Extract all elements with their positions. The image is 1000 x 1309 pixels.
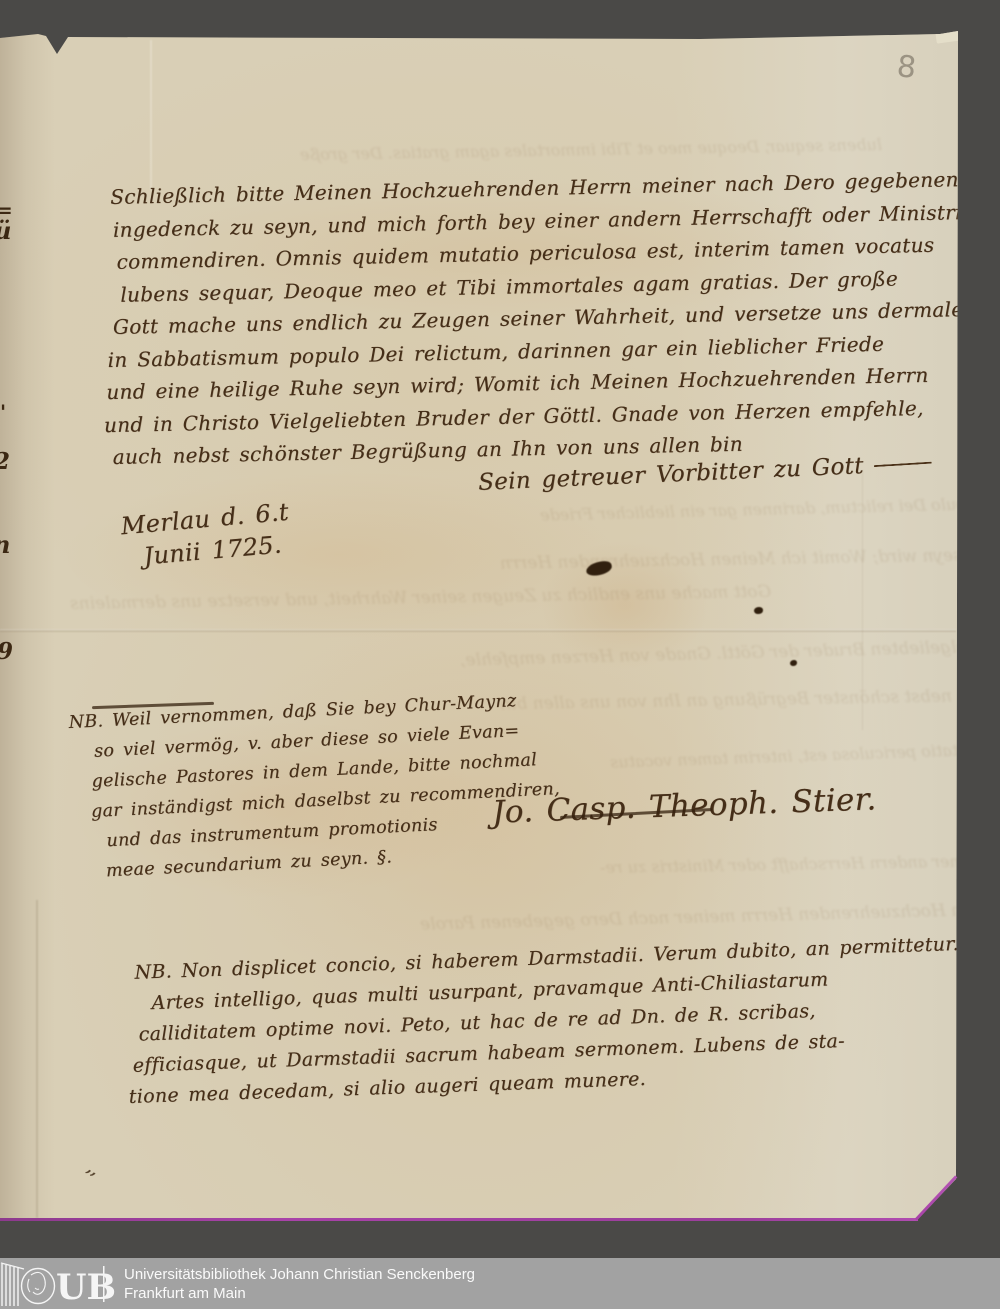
postscript: NB. Weil vernommen, daß Sie bey Chur-May… xyxy=(68,684,564,888)
place-date: Merlau d. 6.t Junii 1725. xyxy=(120,498,293,572)
bleed-through-text: und in Christo Vielgeliebten Bruder der … xyxy=(460,633,1000,670)
ink-blot xyxy=(790,660,797,666)
library-name-line2: Frankfurt am Main xyxy=(124,1284,475,1303)
stain xyxy=(540,540,710,670)
bleed-through-text: in Sabbatismum populo Dei relictum, dari… xyxy=(540,490,1000,524)
page-corner-curl xyxy=(935,29,961,43)
ink-fragment: ü xyxy=(0,216,11,245)
flourish-dash xyxy=(874,462,932,468)
library-footer-bar: UB Universitätsbibliothek Johann Christi… xyxy=(0,1258,1000,1309)
manuscript-page: lubens sequar, Deoque meo et Tibi immort… xyxy=(0,0,960,1222)
library-logo-acronym: UB xyxy=(56,1267,116,1308)
fold-crease xyxy=(36,900,38,1218)
fold-crease xyxy=(150,40,152,190)
ink-blot xyxy=(754,607,763,614)
fold-crease xyxy=(862,470,863,730)
library-name: Universitätsbibliothek Johann Christian … xyxy=(124,1265,475,1303)
folio-number: 8 xyxy=(895,49,918,86)
bleed-through-text: und eine heilige Ruhe seyn wird; Womit i… xyxy=(500,542,1000,573)
bleed-through-text: lubens sequar, Deoque meo et Tibi immort… xyxy=(300,135,882,164)
ink-fragment: 2 xyxy=(0,448,10,475)
ink-blot xyxy=(585,559,613,577)
bleed-through-text: Gott mache uns endlich zu Zeugen seiner … xyxy=(70,582,771,614)
ink-fragment: 9 xyxy=(0,638,13,665)
ink-fragment: ' xyxy=(0,400,6,424)
fold-crease xyxy=(0,629,956,632)
scan-viewport: lubens sequar, Deoque meo et Tibi immort… xyxy=(0,0,1000,1309)
library-name-line1: Universitätsbibliothek Johann Christian … xyxy=(124,1265,475,1284)
library-logo: UB xyxy=(0,1258,120,1309)
letter-body: Schließlich bitte Meinen Hochzuehrenden … xyxy=(108,165,1000,477)
bleed-through-text: commendiren. Omnis quidem mutatio pericu… xyxy=(610,731,1000,772)
bleed-through-text: auch nebst schönster Begrüßung an Ihn vo… xyxy=(500,686,999,715)
page-edge-accent xyxy=(0,1218,918,1221)
ink-fragment: n xyxy=(0,530,10,559)
ink-fragment: ,, xyxy=(84,1159,102,1180)
bleed-through-text: ingedenck zu seyn, und mich forth bey ei… xyxy=(600,846,1000,877)
latin-note: NB. Non displicet concio, si haberem Dar… xyxy=(126,929,964,1113)
bleed-through-text: Schließlich bitte Meinen Hochzuehrenden … xyxy=(420,895,1000,934)
